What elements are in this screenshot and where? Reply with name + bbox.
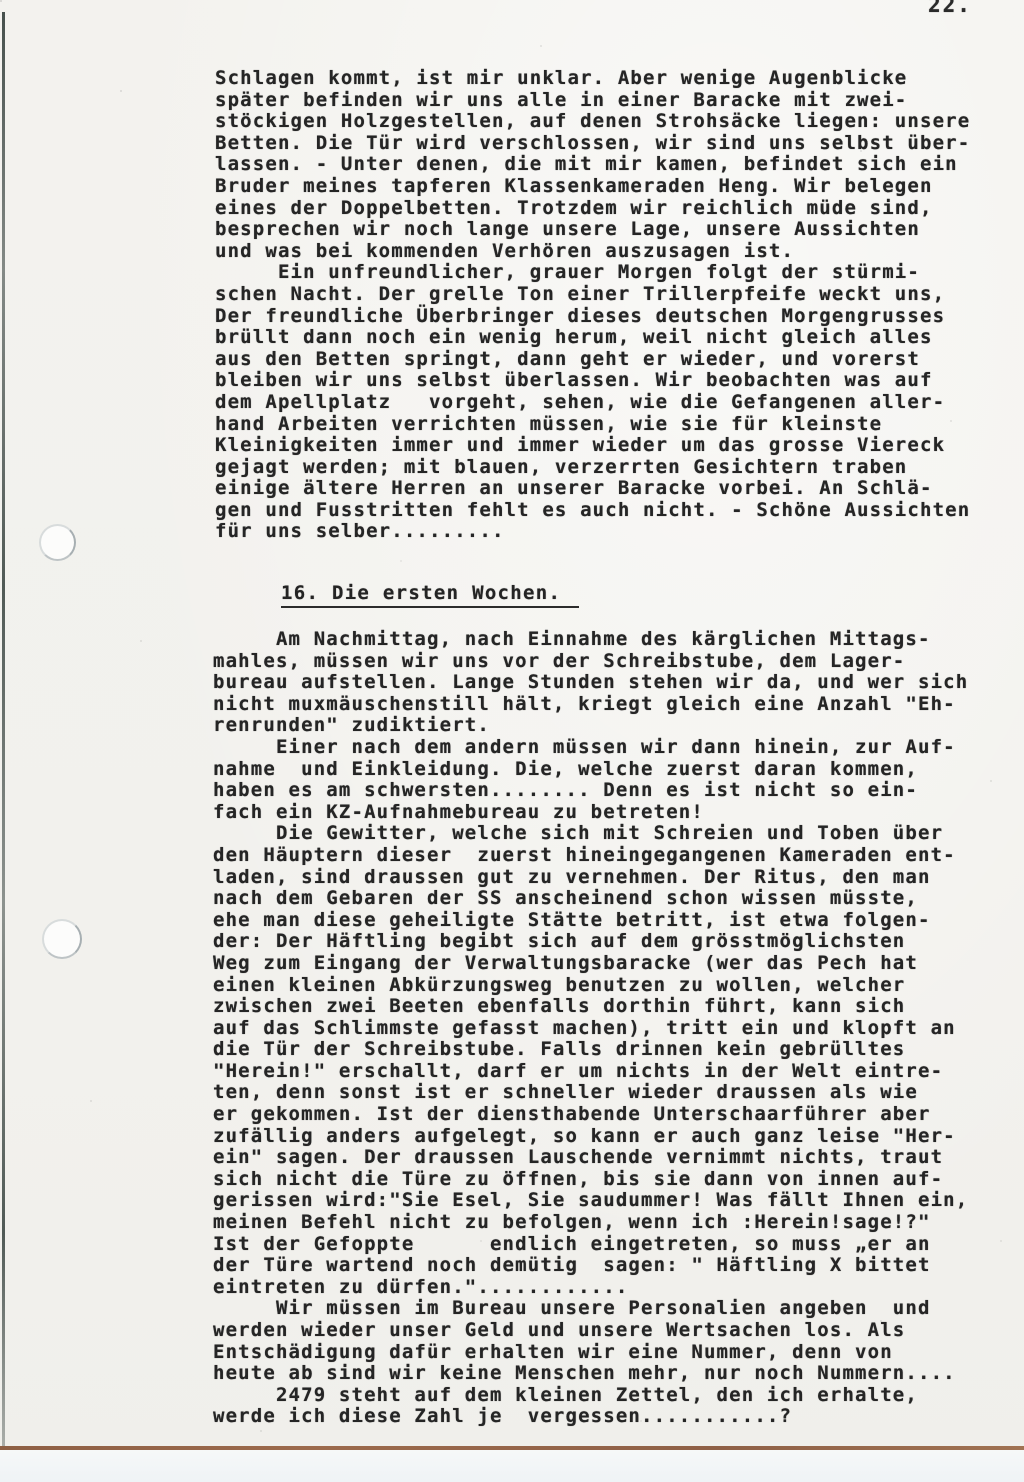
typewritten-line: dem Apellplatz vorgeht, sehen, wie die G…	[215, 392, 970, 414]
typewritten-line: aus den Betten springt, dann geht er wie…	[215, 349, 970, 371]
typewritten-line: der Türe wartend noch demütig sagen: " H…	[213, 1255, 968, 1277]
typewritten-line: Am Nachmittag, nach Einnahme des kärglic…	[213, 629, 968, 651]
typewritten-line: die Tür der Schreibstube. Falls drinnen …	[213, 1039, 968, 1061]
page-number: 22.	[928, 0, 972, 17]
typewritten-line: besprechen wir noch lange unsere Lage, u…	[215, 219, 970, 241]
typewritten-line: und was bei kommenden Verhören auszusage…	[215, 241, 970, 263]
section-heading-text: 16. Die ersten Wochen.	[281, 582, 579, 608]
punch-hole-top	[39, 524, 76, 561]
typewritten-line: bleiben wir uns selbst überlassen. Wir b…	[215, 370, 970, 392]
typewritten-line: meinen Befehl nicht zu befolgen, wenn ic…	[213, 1212, 968, 1234]
typewritten-line: Wir müssen im Bureau unsere Personalien …	[213, 1298, 968, 1320]
typewritten-line: Einer nach dem andern müssen wir dann hi…	[213, 737, 968, 759]
typewritten-line: nach dem Gebaren der SS anscheinend scho…	[213, 888, 968, 910]
typewritten-line: fach ein KZ-Aufnahmebureau zu betreten!	[213, 802, 968, 824]
typewritten-line: hand Arbeiten verrichten müssen, wie sie…	[215, 414, 970, 436]
typewritten-line: eintreten zu dürfen."............	[213, 1277, 968, 1299]
typewritten-line: gejagt werden; mit blauen, verzerrten Ge…	[215, 457, 970, 479]
typewritten-line: einen kleinen Abkürzungsweg benutzen zu …	[213, 975, 968, 997]
typewritten-line: ehe man diese geheiligte Stätte betritt,…	[213, 910, 968, 932]
typewritten-line: 2479 steht auf dem kleinen Zettel, den i…	[213, 1385, 968, 1407]
typewritten-line: Entschädigung dafür erhalten wir eine Nu…	[213, 1342, 968, 1364]
typewritten-line: haben es am schwersten........ Denn es i…	[213, 780, 968, 802]
typewritten-line: eines der Doppelbetten. Trotzdem wir rei…	[215, 198, 970, 220]
typewritten-line: den Häuptern dieser zuerst hineingegange…	[213, 845, 968, 867]
typewritten-line: laden, sind draussen gut zu vernehmen. D…	[213, 867, 968, 889]
typewritten-line: lassen. - Unter denen, die mit mir kamen…	[215, 154, 970, 176]
typewritten-line: Ein unfreundlicher, grauer Morgen folgt …	[215, 262, 970, 284]
paper-speckles	[0, 0, 2, 2]
body-text-block-1: Schlagen kommt, ist mir unklar. Aber wen…	[215, 68, 970, 543]
typewritten-line: auf das Schlimmste gefasst machen), trit…	[213, 1018, 968, 1040]
typewritten-line: Weg zum Eingang der Verwaltungsbaracke (…	[213, 953, 968, 975]
typewritten-line: werde ich diese Zahl je vergessen.......…	[213, 1406, 968, 1428]
typewritten-line: zwischen zwei Beeten ebenfalls dorthin f…	[213, 996, 968, 1018]
typewritten-line: nahme und Einkleidung. Die, welche zuers…	[213, 759, 968, 781]
typewritten-line: er gekommen. Ist der diensthabende Unter…	[213, 1104, 968, 1126]
typewritten-line: der: Der Häftling begibt sich auf dem gr…	[213, 931, 968, 953]
typewritten-line: werden wieder unser Geld und unsere Wert…	[213, 1320, 968, 1342]
typewritten-line: gen und Fusstritten fehlt es auch nicht.…	[215, 500, 970, 522]
typewritten-line: zufällig anders aufgelegt, so kann er au…	[213, 1126, 968, 1148]
typewritten-line: stöckigen Holzgestellen, auf denen Stroh…	[215, 111, 970, 133]
typewritten-line: nicht muxmäuschenstill hält, kriegt glei…	[213, 694, 968, 716]
typewritten-line: einige ältere Herren an unserer Baracke …	[215, 478, 970, 500]
typewritten-line: Der freundliche Überbringer dieses deuts…	[215, 306, 970, 328]
typewritten-line: ten, denn sonst ist er schneller wieder …	[213, 1082, 968, 1104]
typewritten-line: bureau aufstellen. Lange Stunden stehen …	[213, 672, 968, 694]
body-text-block-2: Am Nachmittag, nach Einnahme des kärglic…	[213, 629, 968, 1428]
typewritten-line: Kleinigkeiten immer und immer wieder um …	[215, 435, 970, 457]
typewritten-line: renrunden" zudiktiert.	[213, 715, 968, 737]
typewritten-line: sich nicht die Türe zu öffnen, bis sie d…	[213, 1169, 968, 1191]
typewritten-line: "Herein!" erschallt, darf er um nichts i…	[213, 1061, 968, 1083]
typewritten-line: später befinden wir uns alle in einer Ba…	[215, 90, 970, 112]
typewritten-line: mahles, müssen wir uns vor der Schreibst…	[213, 651, 968, 673]
typewritten-line: brüllt dann noch ein wenig herum, weil n…	[215, 327, 970, 349]
scan-edge-line	[2, 12, 5, 1448]
typewritten-line: Betten. Die Tür wird verschlossen, wir s…	[215, 133, 970, 155]
typewritten-line: Ist der Gefoppte endlich eingetreten, so…	[213, 1234, 968, 1256]
typewritten-line: heute ab sind wir keine Menschen mehr, n…	[213, 1363, 968, 1385]
bottom-scan-band	[0, 1450, 1024, 1482]
typewritten-line: gerissen wird:"Sie Esel, Sie saudummer! …	[213, 1190, 968, 1212]
typewritten-line: Schlagen kommt, ist mir unklar. Aber wen…	[215, 68, 970, 90]
document-page: 22. Schlagen kommt, ist mir unklar. Aber…	[0, 0, 1024, 1482]
section-heading: 16. Die ersten Wochen.	[281, 582, 579, 608]
typewritten-line: Die Gewitter, welche sich mit Schreien u…	[213, 823, 968, 845]
typewritten-line: ein" sagen. Der draussen Lauschende vern…	[213, 1147, 968, 1169]
typewritten-line: schen Nacht. Der grelle Ton einer Trille…	[215, 284, 970, 306]
typewritten-line: Bruder meines tapferen Klassenkameraden …	[215, 176, 970, 198]
punch-hole-bottom	[42, 919, 82, 959]
typewritten-line: für uns selber.........	[215, 521, 970, 543]
